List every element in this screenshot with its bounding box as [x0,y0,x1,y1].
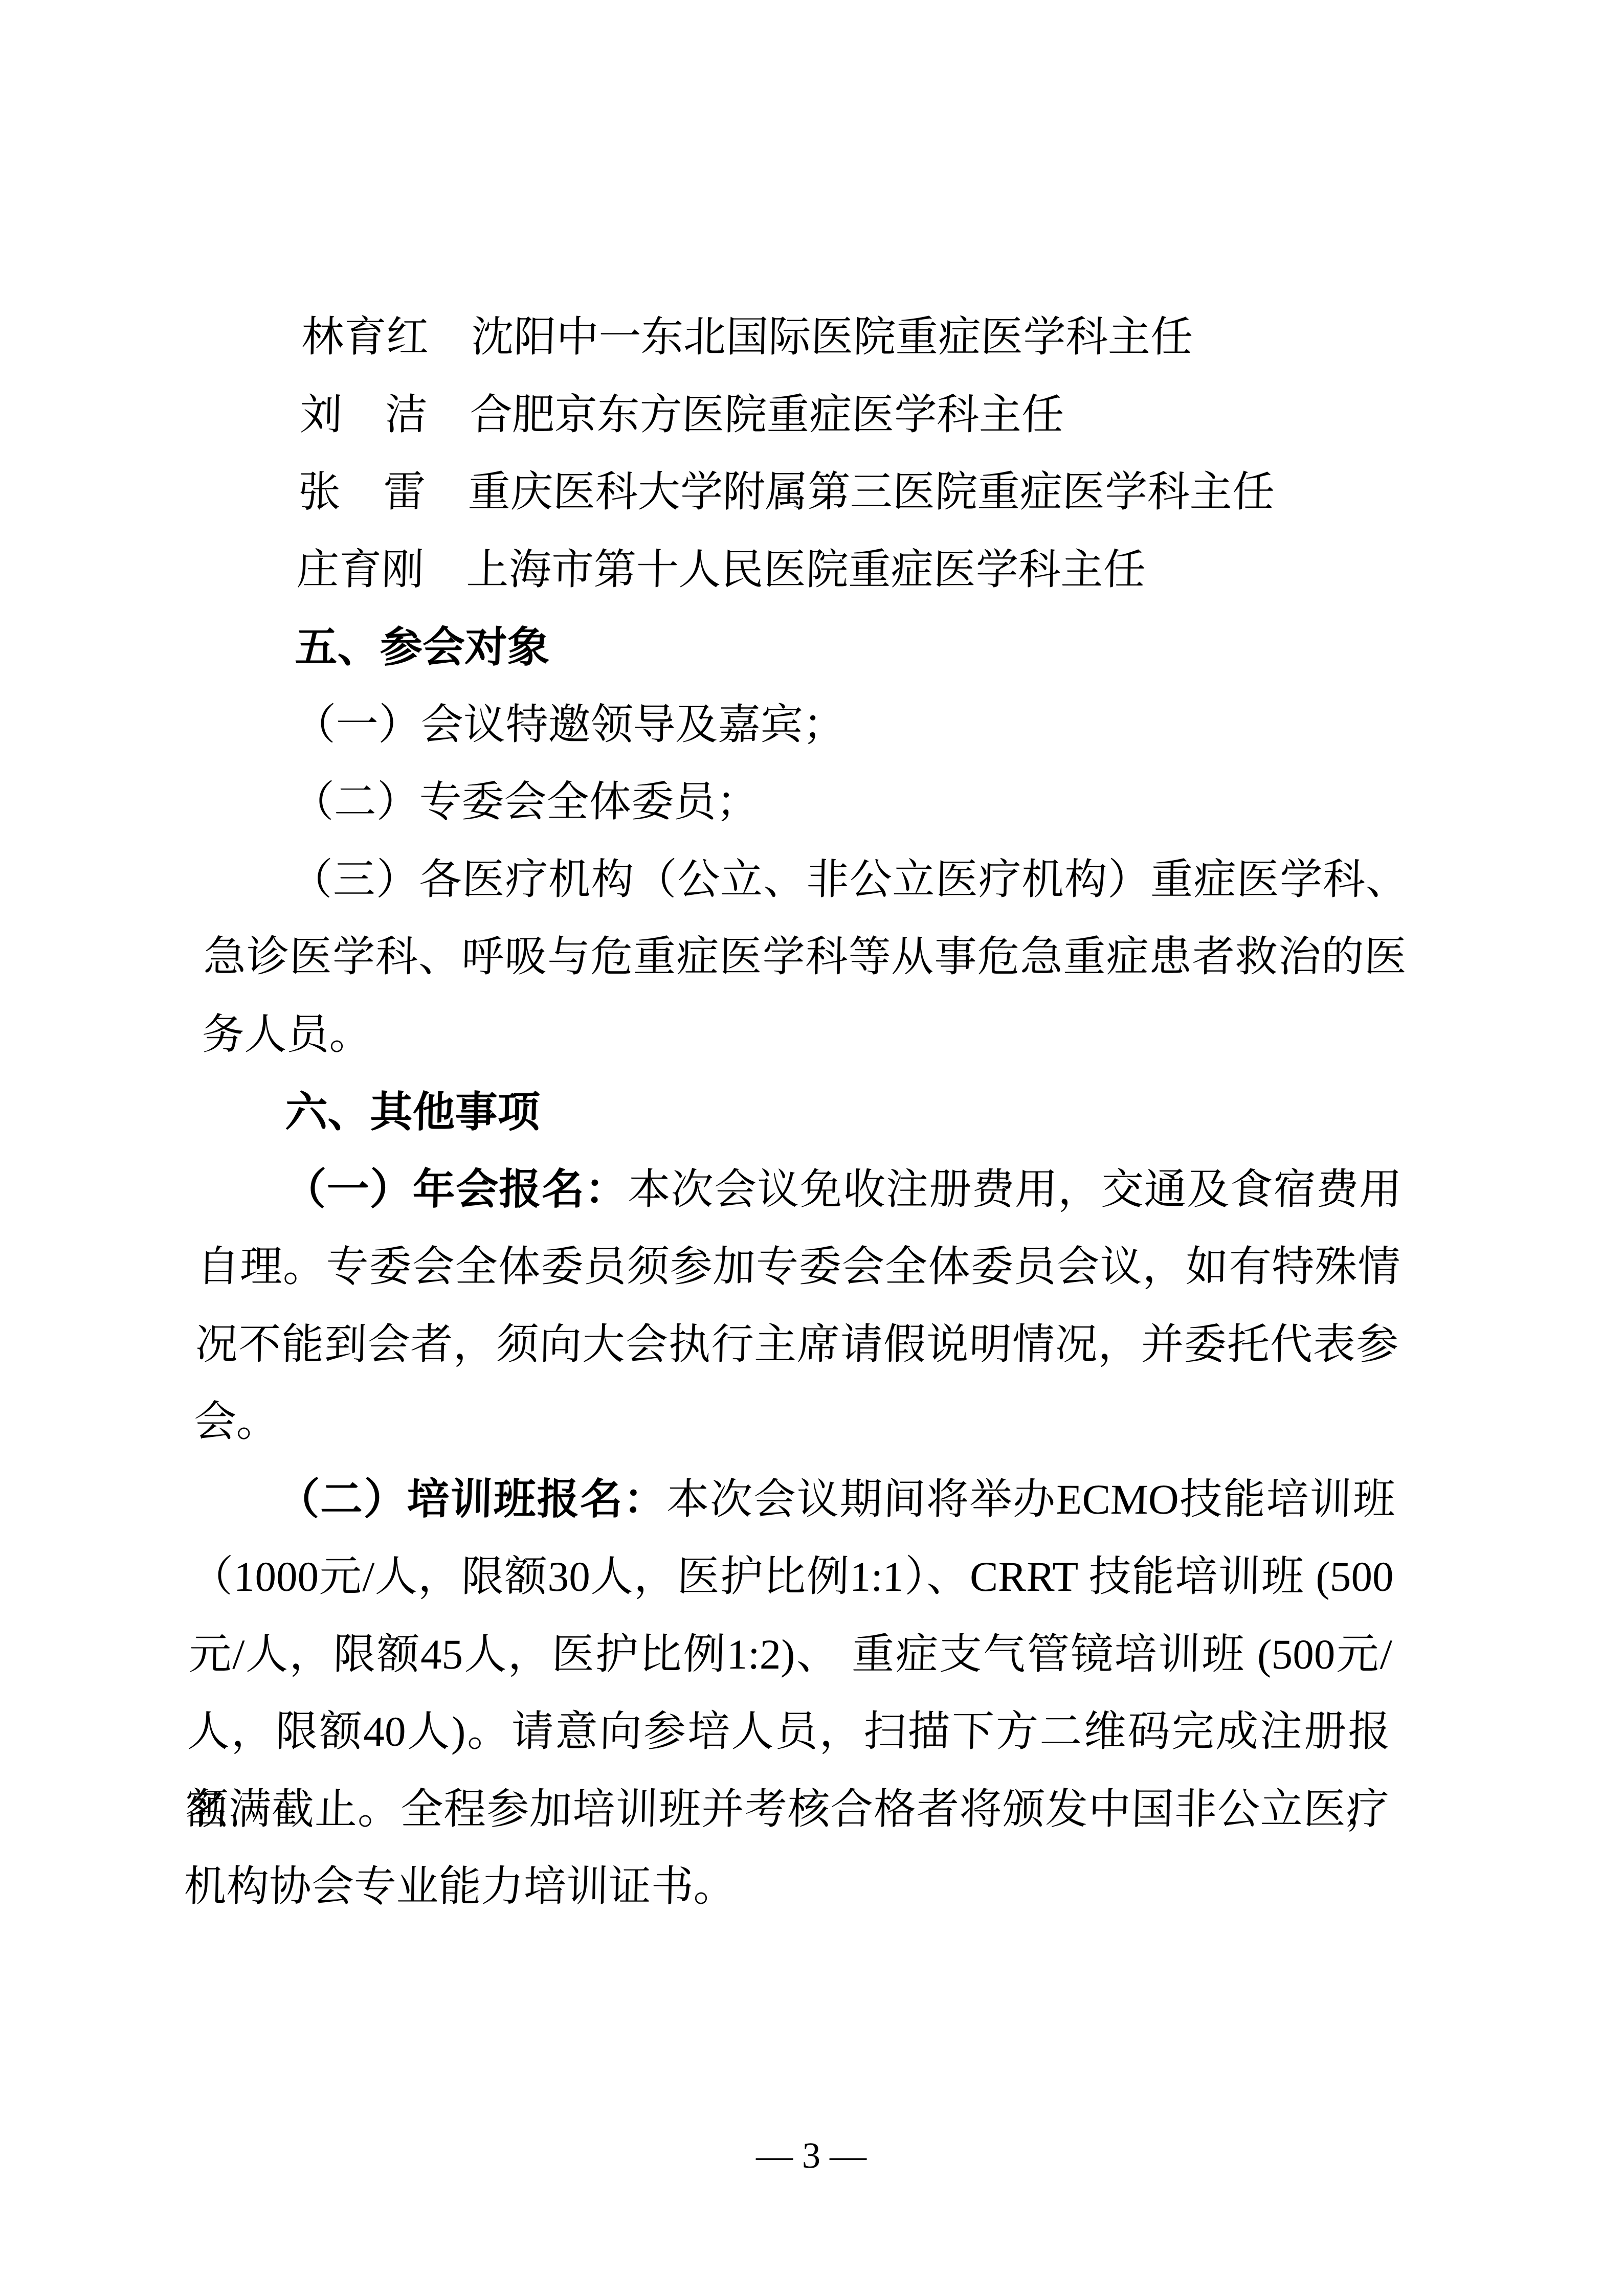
training-registration-line-1: （二）培训班报名：本次会议期间将举办ECMO技能培训班 [191,1461,1396,1539]
attendee-item-3-line-3: 务人员。 [201,996,1406,1074]
document-body: 林育红 沈阳中一东北国际医院重症医学科主任 刘 洁 合肥京东方医院重症医学科主任… [183,299,1420,1926]
page-number: — 3 — [0,2127,1624,2184]
training-registration-line-2: （1000元/人，限额30人，医护比例1:1）、CRRT 技能培训班 (500 [190,1538,1394,1616]
training-registration-label: （二）培训班报名： [277,1476,667,1523]
attendee-item-3-line-2: 急诊医学科、呼吸与危重症医学科等从事危急重症患者救治的医 [203,918,1407,996]
director-list-item-1: 林育红 沈阳中一东北国际医院重症医学科主任 [216,299,1420,376]
training-registration-line-5: 额满截止。全程参加培训班并考核合格者将颁发中国非公立医疗 [185,1771,1390,1849]
training-registration-text: 本次会议期间将举办ECMO技能培训班 [666,1476,1395,1523]
annual-registration-line-2: 自理。专委会全体委员须参加专委会全体委员会议，如有特殊情 [196,1228,1401,1306]
attendee-item-2: （二）专委会全体委员； [206,763,1411,841]
annual-registration-text: 本次会议免收注册费用，交通及食宿费用 [628,1166,1403,1213]
attendee-item-1: （一）会议特邀领导及嘉宾； [208,686,1412,764]
director-list-item-2: 刘 洁 合肥京东方医院重症医学科主任 [214,376,1419,454]
annual-registration-line-4: 会。 [193,1383,1397,1461]
director-list-item-3: 张 雷 重庆医科大学附属第三医院重症医学科主任 [212,454,1417,531]
training-registration-line-6: 机构协会专业能力培训证书。 [183,1848,1388,1926]
section-heading-attendees: 五、参会对象 [209,609,1414,686]
annual-registration-label: （一）年会报名： [283,1166,629,1213]
annual-registration-line-3: 况不能到会者，须向大会执行主席请假说明情况，并委托代表参 [195,1306,1399,1384]
attendee-item-3-line-1: （三）各医疗机构（公立、非公立医疗机构）重症医学科、 [205,841,1409,919]
training-registration-line-3: 元/人，限额45人，医护比例1:2)、 重症支气管镜培训班 (500元/ [188,1616,1393,1694]
document-page: 林育红 沈阳中一东北国际医院重症医学科主任 刘 洁 合肥京东方医院重症医学科主任… [0,0,1624,2296]
director-list-item-4: 庄育刚 上海市第十人民医院重症医学科主任 [211,531,1415,609]
training-registration-line-4: 人，限额40人)。请意向参培人员，扫描下方二维码完成注册报名， [187,1693,1391,1771]
annual-registration-line-1: （一）年会报名：本次会议免收注册费用，交通及食宿费用 [198,1151,1403,1229]
section-heading-other-matters: 六、其他事项 [199,1073,1404,1151]
